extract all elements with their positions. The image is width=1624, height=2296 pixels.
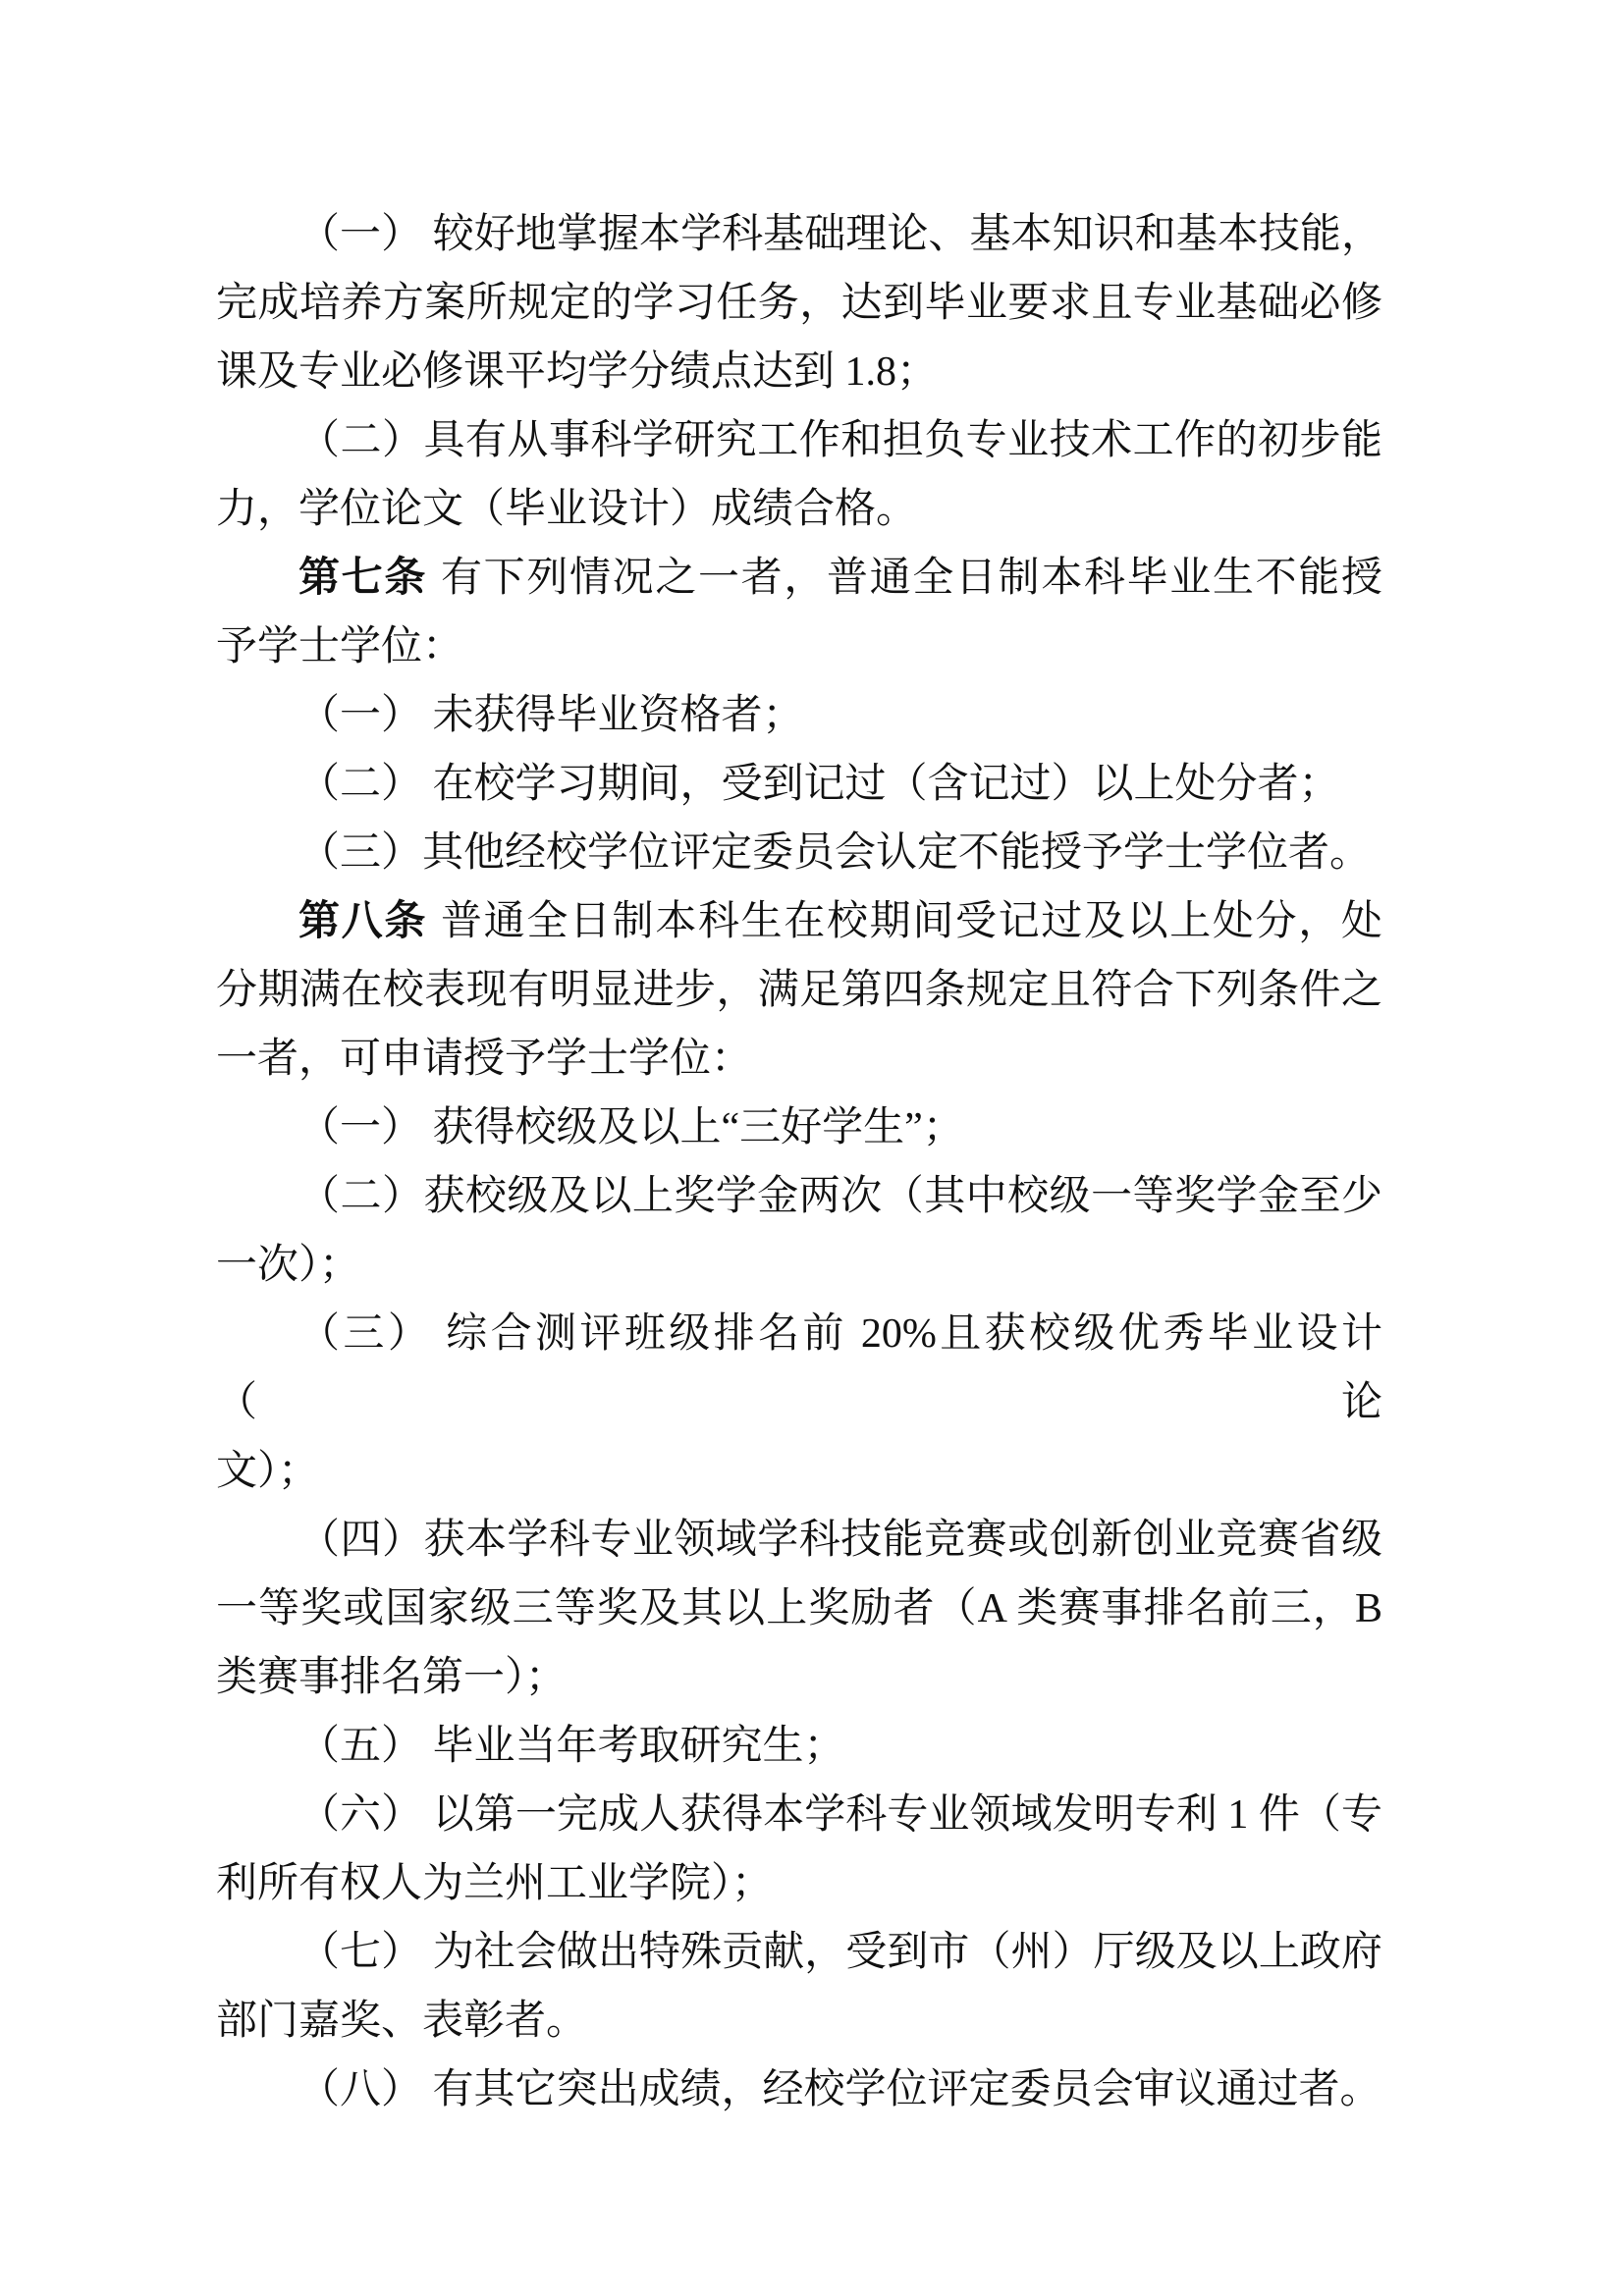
doc-line-12: 分期满在校表现有明显进步，满足第四条规定且符合下列条件之 <box>216 956 1382 1025</box>
doc-line-17: （三） 综合测评班级排名前 20%且获校级优秀毕业设计（论 <box>216 1300 1382 1437</box>
doc-line-8: （一） 未获得毕业资格者； <box>216 681 1382 750</box>
doc-line-25: （七） 为社会做出特殊贡献，受到市（州）厅级及以上政府 <box>216 1918 1382 1987</box>
doc-line-3: 课及专业必修课平均学分绩点达到 1.8； <box>216 338 1382 406</box>
doc-line-5: 力，学位论文（毕业设计）成绩合格。 <box>216 475 1382 544</box>
doc-line-19: （四）获本学科专业领域学科技能竞赛或创新创业竞赛省级 <box>216 1506 1382 1575</box>
doc-line-21: 类赛事排名第一）； <box>216 1643 1382 1712</box>
doc-line-6-article-7: 第七条有下列情况之一者，普通全日制本科毕业生不能授 <box>216 544 1382 613</box>
doc-line-27: （八） 有其它突出成绩，经校学位评定委员会审议通过者。 <box>216 2056 1382 2124</box>
doc-line-10: （三）其他经校学位评定委员会认定不能授予学士学位者。 <box>216 819 1382 887</box>
doc-line-1: （一） 较好地掌握本学科基础理论、基本知识和基本技能， <box>216 200 1382 269</box>
doc-line-18: 文）； <box>216 1437 1382 1506</box>
doc-line-11-article-8: 第八条普通全日制本科生在校期间受记过及以上处分，处 <box>216 887 1382 956</box>
doc-line-14: （一） 获得校级及以上“三好学生”； <box>216 1094 1382 1162</box>
document-page: （一） 较好地掌握本学科基础理论、基本知识和基本技能， 完成培养方案所规定的学习… <box>0 0 1624 2296</box>
doc-line-9: （二） 在校学习期间，受到记过（含记过）以上处分者； <box>216 750 1382 819</box>
doc-line-4: （二）具有从事科学研究工作和担负专业技术工作的初步能 <box>216 406 1382 475</box>
doc-line-15: （二）获校级及以上奖学金两次（其中校级一等奖学金至少 <box>216 1162 1382 1231</box>
article-8-text: 普通全日制本科生在校期间受记过及以上处分，处 <box>441 899 1382 944</box>
article-8-label: 第八条 <box>298 899 427 944</box>
article-7-text: 有下列情况之一者，普通全日制本科毕业生不能授 <box>441 556 1382 601</box>
doc-line-23: （六） 以第一完成人获得本学科专业领域发明专利 1 件（专 <box>216 1781 1382 1849</box>
doc-line-13: 一者，可申请授予学士学位： <box>216 1025 1382 1094</box>
article-7-label: 第七条 <box>298 556 427 601</box>
doc-line-16: 一次）； <box>216 1231 1382 1300</box>
doc-line-22: （五） 毕业当年考取研究生； <box>216 1712 1382 1781</box>
doc-line-26: 部门嘉奖、表彰者。 <box>216 1987 1382 2056</box>
doc-line-7: 予学士学位： <box>216 613 1382 681</box>
doc-line-20: 一等奖或国家级三等奖及其以上奖励者（A 类赛事排名前三，B <box>216 1575 1382 1643</box>
doc-line-24: 利所有权人为兰州工业学院）； <box>216 1849 1382 1918</box>
doc-line-2: 完成培养方案所规定的学习任务，达到毕业要求且专业基础必修 <box>216 269 1382 338</box>
